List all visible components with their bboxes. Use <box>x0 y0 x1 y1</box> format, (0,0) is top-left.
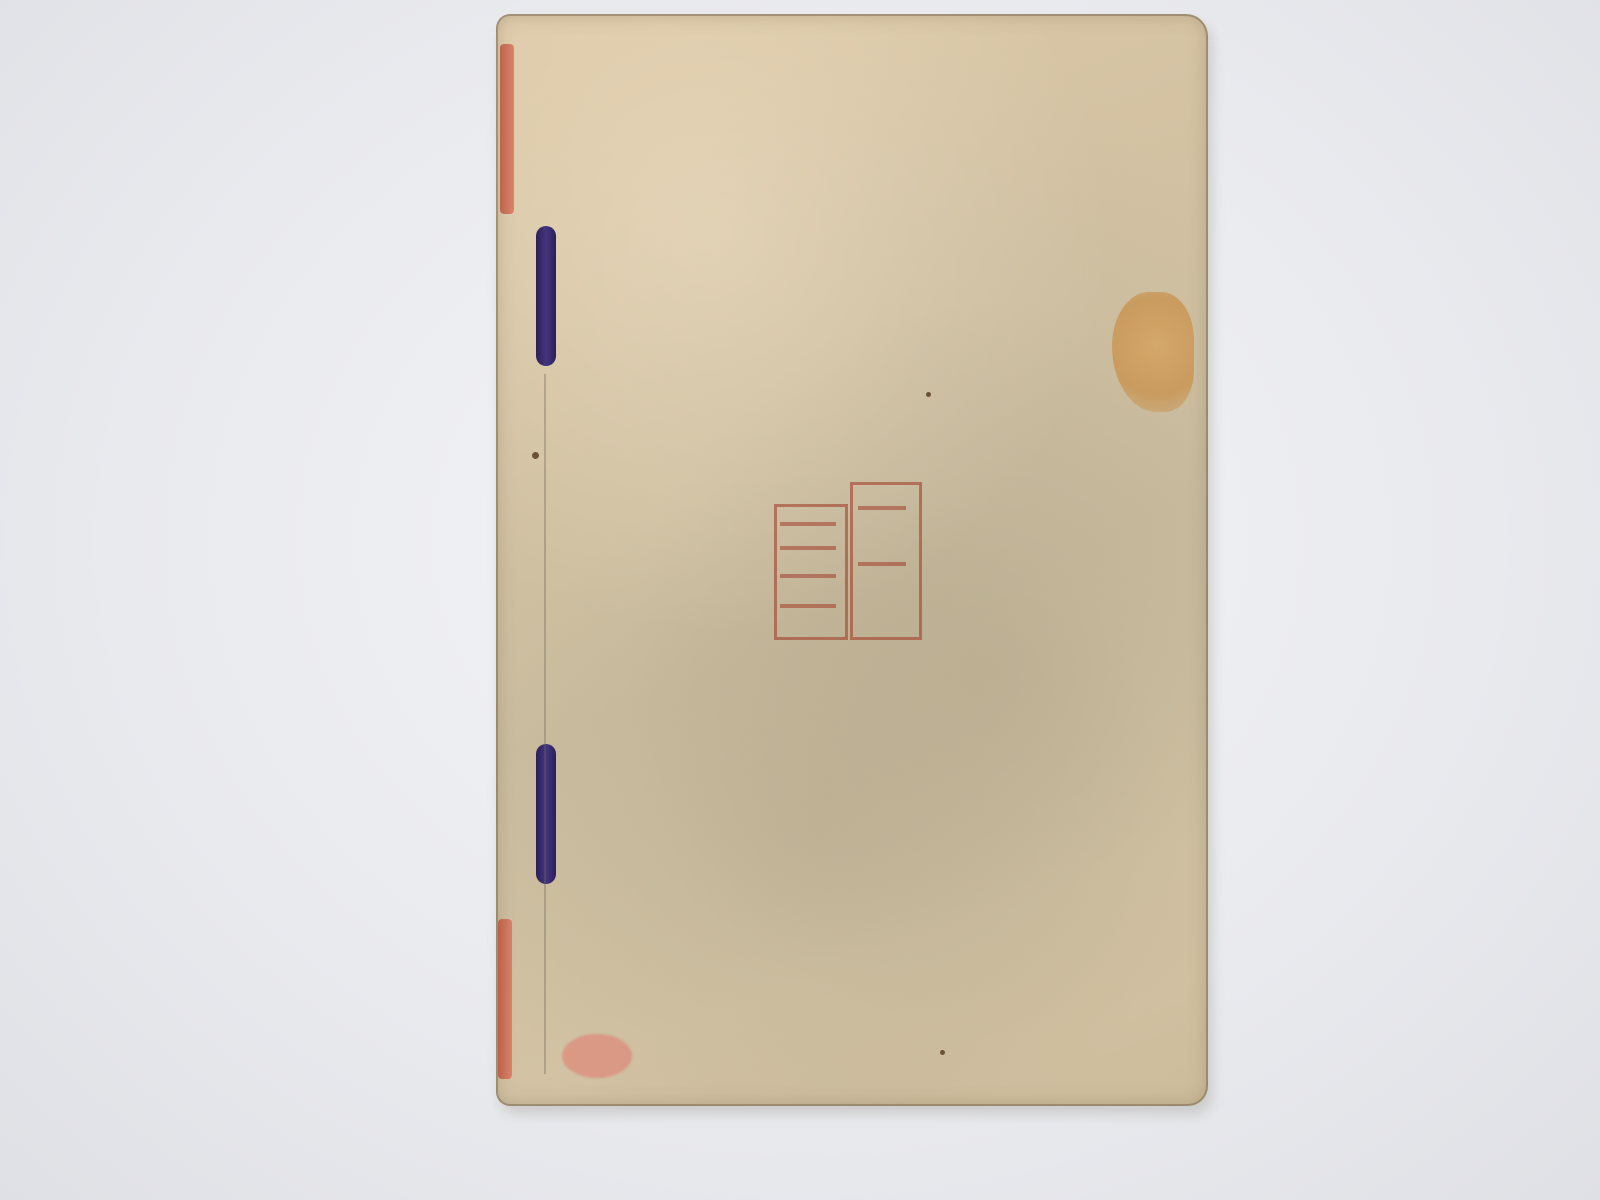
speck <box>940 1050 945 1055</box>
seal-stroke <box>858 506 906 510</box>
water-stain <box>1112 292 1194 412</box>
binding-thread-top <box>536 226 556 366</box>
spine-edge-top <box>500 44 514 214</box>
speck <box>926 392 931 397</box>
pink-stain <box>562 1034 632 1078</box>
seal-stroke <box>858 562 906 566</box>
seal-stroke <box>780 604 836 608</box>
binding-thread-bottom <box>536 744 556 884</box>
book-cover <box>496 14 1208 1106</box>
seal-stroke <box>780 546 836 550</box>
seal-stamp <box>774 482 924 644</box>
spine-edge-bottom <box>498 919 512 1079</box>
seal-stroke <box>780 522 836 526</box>
seal-stroke <box>780 574 836 578</box>
speck <box>532 452 539 459</box>
spine-fold <box>544 374 546 1074</box>
